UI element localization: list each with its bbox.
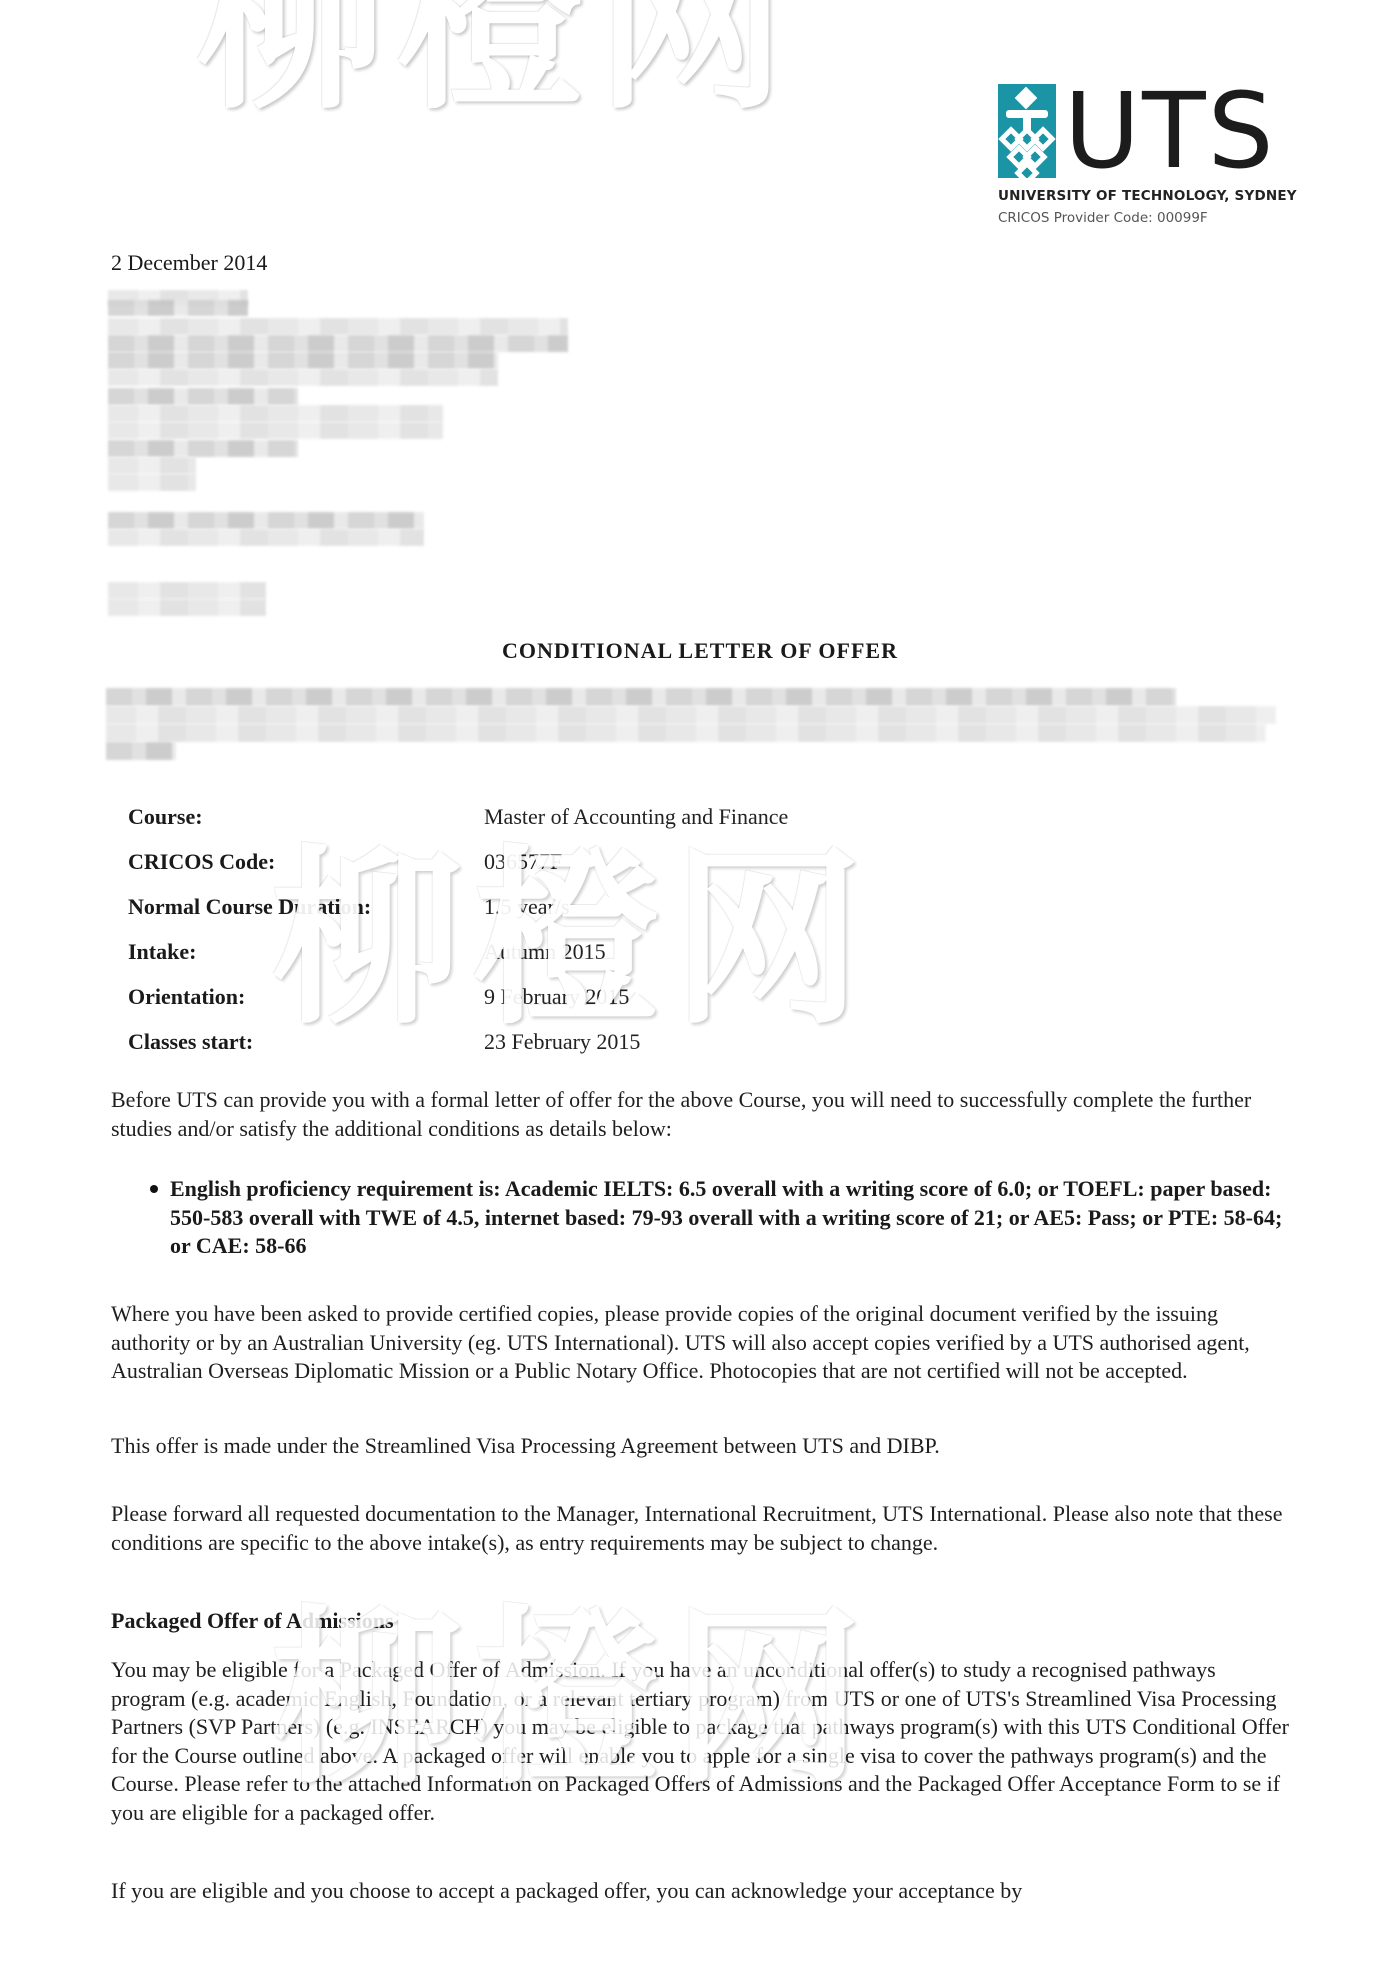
packaged-offer-heading: Packaged Offer of Admissions xyxy=(111,1608,394,1634)
university-name: UNIVERSITY OF TECHNOLOGY, SYDNEY xyxy=(998,188,1298,204)
detail-value: 1.5 year/s xyxy=(484,894,570,920)
detail-value: Autumn 2015 xyxy=(484,939,606,965)
detail-value: 9 February 2015 xyxy=(484,984,629,1010)
detail-value: 23 February 2015 xyxy=(484,1029,640,1055)
acceptance-paragraph: If you are eligible and you choose to ac… xyxy=(111,1877,1291,1906)
bullet-icon xyxy=(150,1185,158,1193)
watermark-top: 柳橙网 xyxy=(196,0,796,120)
letter-title: CONDITIONAL LETTER OF OFFER xyxy=(0,638,1400,664)
detail-value: 036577F xyxy=(484,849,562,875)
condition-list-item: English proficiency requirement is: Acad… xyxy=(152,1175,1292,1261)
detail-label: Normal Course Duration: xyxy=(128,894,371,920)
detail-label: Classes start: xyxy=(128,1029,253,1055)
uts-wordmark: UTS xyxy=(1064,84,1276,178)
svp-paragraph: This offer is made under the Streamlined… xyxy=(111,1432,1291,1461)
detail-label: Course: xyxy=(128,804,203,830)
detail-label: CRICOS Code: xyxy=(128,849,275,875)
packaged-offer-paragraph: You may be eligible for a Packaged Offer… xyxy=(111,1656,1291,1827)
uts-emblem-icon xyxy=(998,84,1056,178)
condition-text: English proficiency requirement is: Acad… xyxy=(170,1175,1292,1261)
cricos-provider-code: CRICOS Provider Code: 00099F xyxy=(998,210,1298,226)
detail-label: Intake: xyxy=(128,939,196,965)
certified-copies-paragraph: Where you have been asked to provide cer… xyxy=(111,1300,1291,1386)
forward-documents-paragraph: Please forward all requested documentati… xyxy=(111,1500,1291,1557)
intro-paragraph: Before UTS can provide you with a formal… xyxy=(111,1086,1291,1143)
detail-label: Orientation: xyxy=(128,984,245,1010)
uts-logo: UTS UNIVERSITY OF TECHNOLOGY, SYDNEY CRI… xyxy=(998,84,1298,226)
letter-date: 2 December 2014 xyxy=(111,250,267,276)
detail-value: Master of Accounting and Finance xyxy=(484,804,788,830)
